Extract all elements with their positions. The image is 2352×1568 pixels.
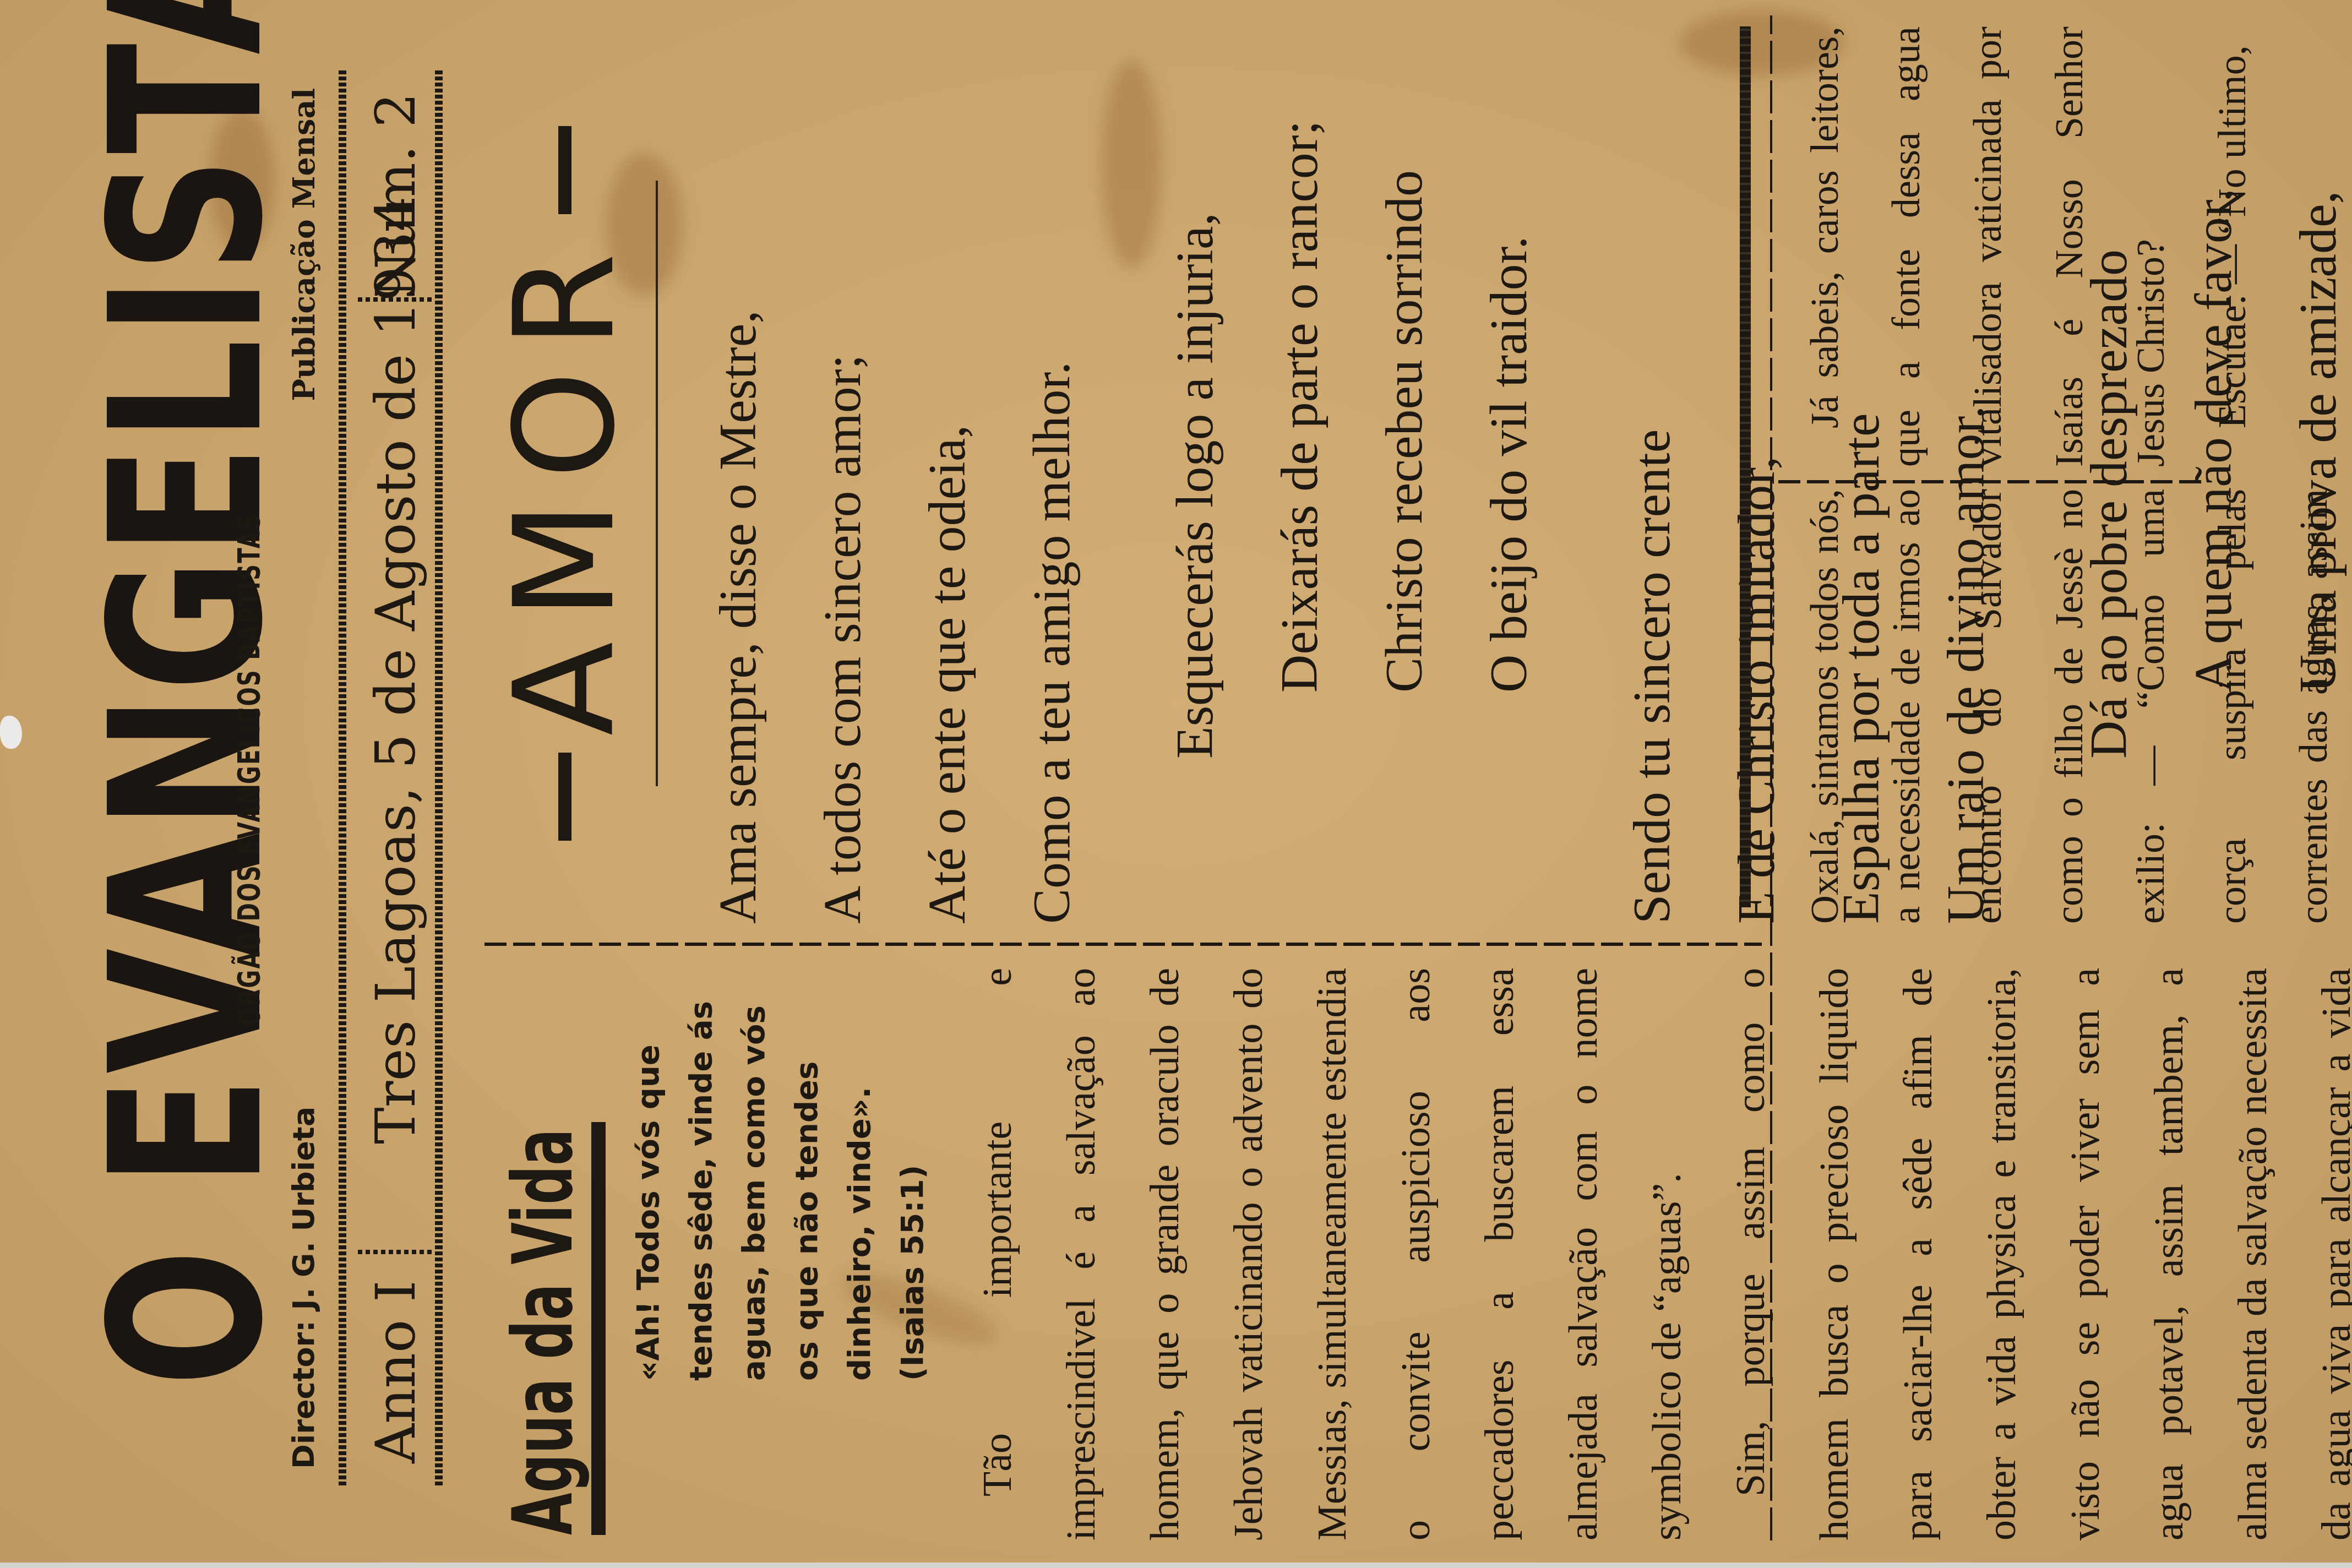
publication-frequency: Publicação Mensal (286, 88, 322, 401)
paragraph: Tão importante e imprescindivel é a salv… (956, 968, 1709, 1540)
poem-line: O beijo do vil traidor. (1456, 43, 1561, 759)
column-divider (484, 943, 1762, 946)
title-ornament-right (558, 126, 571, 214)
columns-rule-top (1770, 15, 1772, 1540)
info-bar: Anno I Tres Lagoas, 5 de Agosto de 1934 … (358, 70, 435, 1485)
poem-line: Deixarás de parte o rancor; (1247, 43, 1352, 759)
volume-label: Anno I (363, 1280, 428, 1463)
article-column-1: Agua da Vida «Ah! Todos vós que tendes s… (496, 957, 2352, 1540)
article-column-2: Oxalá, sintamos todos nós, a necessidade… (1784, 489, 2352, 924)
issue-number: Num. 2 (363, 92, 428, 298)
poem-stanza: Esquecerás logo a injuria,Deixarás de pa… (1142, 43, 1561, 759)
paragraph: Escutae: — “No ultimo, (2191, 26, 2273, 467)
section-rule (1740, 26, 1751, 907)
masthead-rule-top (339, 70, 346, 1485)
poem-line: Como a teu amigo melhor. (999, 43, 1104, 924)
article-body-1: Tão importante e imprescindivel é a salv… (956, 968, 2352, 1540)
paragraph: Sim, porque assim como o homem busca o p… (1709, 968, 2352, 1540)
poem-line: A todos com sincero amor; (790, 43, 895, 924)
masthead-rule-bottom (435, 70, 443, 1485)
title-underline (591, 1122, 606, 1535)
article-epigraph: «Ah! Todos vós que tendes sêde, vinde ás… (622, 962, 939, 1381)
rotated-sheet: O EVANGELISTA ORGÃO DOS EVANGELICOS BAPT… (0, 0, 2352, 1562)
poem-title: AMOR (484, 231, 645, 736)
place-date: Tres Lagoas, 5 de Agosto de 1934 (363, 197, 428, 1144)
column-divider (1778, 480, 2208, 483)
poem-line: Esquecerás logo a injuria, (1142, 43, 1247, 759)
paragraph: Já sabeis, caros leitores, que a fonte d… (1784, 26, 2191, 467)
poem-title-rule (656, 181, 658, 786)
poem-line: Até o ente que te odeia, (895, 43, 999, 924)
title-ornament-left (558, 753, 571, 841)
article-title: Agua da Vida (496, 1153, 591, 1535)
poem-line: Christo recebeu sorrindo (1352, 43, 1456, 759)
newspaper-page: O EVANGELISTA ORGÃO DOS EVANGELICOS BAPT… (0, 0, 2352, 1562)
poem-line: Ama sempre, disse o Mestre, (685, 43, 790, 924)
poem-line: Sendo tu sincero crente (1599, 43, 1704, 924)
paragraph: Oxalá, sintamos todos nós, a necessidade… (1784, 489, 2352, 924)
article-column-3: Já sabeis, caros leitores, que a fonte d… (1784, 26, 2273, 467)
masthead-subtitle: ORGÃO DOS EVANGELICOS BAPTISTAS (231, 437, 267, 1103)
director-line: Director: J. G. Urbieta (286, 1107, 321, 1469)
poem-stanza: Ama sempre, disse o Mestre,A todos com s… (685, 43, 1104, 924)
info-separator (358, 1250, 435, 1254)
